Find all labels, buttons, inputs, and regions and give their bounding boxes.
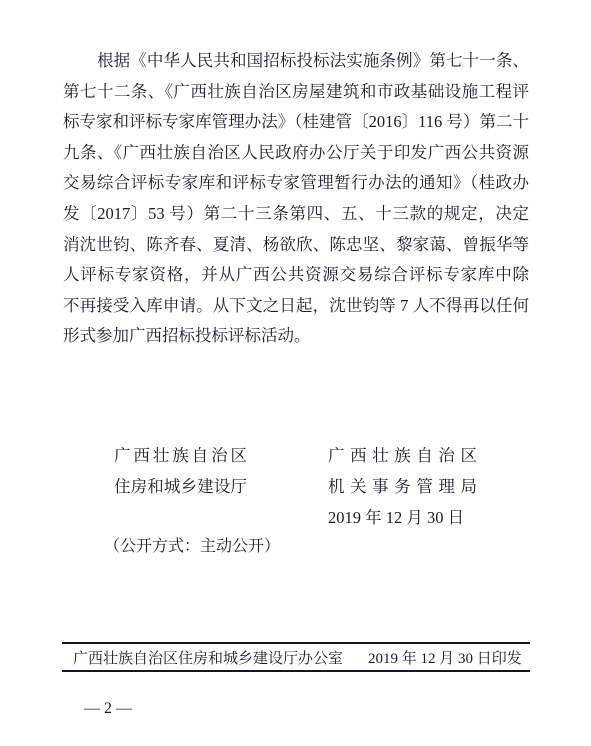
body-line: 交易综合评标专家库和评标专家管理暂行办法的通知》（桂政办: [63, 168, 529, 199]
disclosure-note: （公开方式：主动公开）: [104, 537, 280, 557]
signature-left-org-line2: 住房和城乡建设厅: [114, 471, 247, 502]
body-line: 九条、《广西壮族自治区人民政府办公厅关于印发广西公共资源: [63, 138, 529, 169]
body-line: 不再接受入库申请。从下文之日起，沈世钧等 7 人不得再以任何: [63, 291, 529, 322]
page-number: — 2 —: [84, 699, 132, 719]
signature-left-org: 广西壮族自治区 住房和城乡建设厅: [114, 440, 247, 502]
body-line: 人评标专家资格，并从广西公共资源交易综合评标专家库中除名，: [63, 260, 529, 291]
footer-issuer: 广西壮族自治区住房和城乡建设厅办公室: [73, 647, 343, 668]
signature-right-org-line2: 机关事务管理局: [328, 471, 477, 502]
footer-colophon: 广西壮族自治区住房和城乡建设厅办公室 2019 年 12 月 30 日印发: [62, 642, 530, 672]
body-line: 根据《中华人民共和国招标投标法实施条例》第七十一条、: [63, 46, 529, 77]
body-paragraph: 根据《中华人民共和国招标投标法实施条例》第七十一条、 第七十二条、《广西壮族自治…: [63, 46, 529, 352]
signature-left-org-line1: 广西壮族自治区: [114, 440, 247, 471]
document-page: 根据《中华人民共和国招标投标法实施条例》第七十一条、 第七十二条、《广西壮族自治…: [0, 0, 591, 746]
body-line: 消沈世钧、陈齐春、夏清、杨欲欣、陈忠坚、黎家蔼、曾振华等 7: [63, 230, 529, 261]
body-line: 标专家和评标专家库管理办法》（桂建管〔2016〕116 号）第二十: [63, 107, 529, 138]
signature-right-org-line1: 广西壮族自治区: [328, 440, 477, 471]
signature-date: 2019 年 12 月 30 日: [328, 502, 477, 533]
body-line: 形式参加广西招标投标评标活动。: [63, 321, 529, 352]
body-line: 发〔2017〕53 号）第二十三条第四、五、十三款的规定，决定取: [63, 199, 529, 230]
footer-print-date: 2019 年 12 月 30 日印发: [368, 647, 522, 668]
signature-right-org: 广西壮族自治区 机关事务管理局 2019 年 12 月 30 日: [328, 440, 477, 533]
body-line: 第七十二条、《广西壮族自治区房屋建筑和市政基础设施工程评: [63, 77, 529, 108]
